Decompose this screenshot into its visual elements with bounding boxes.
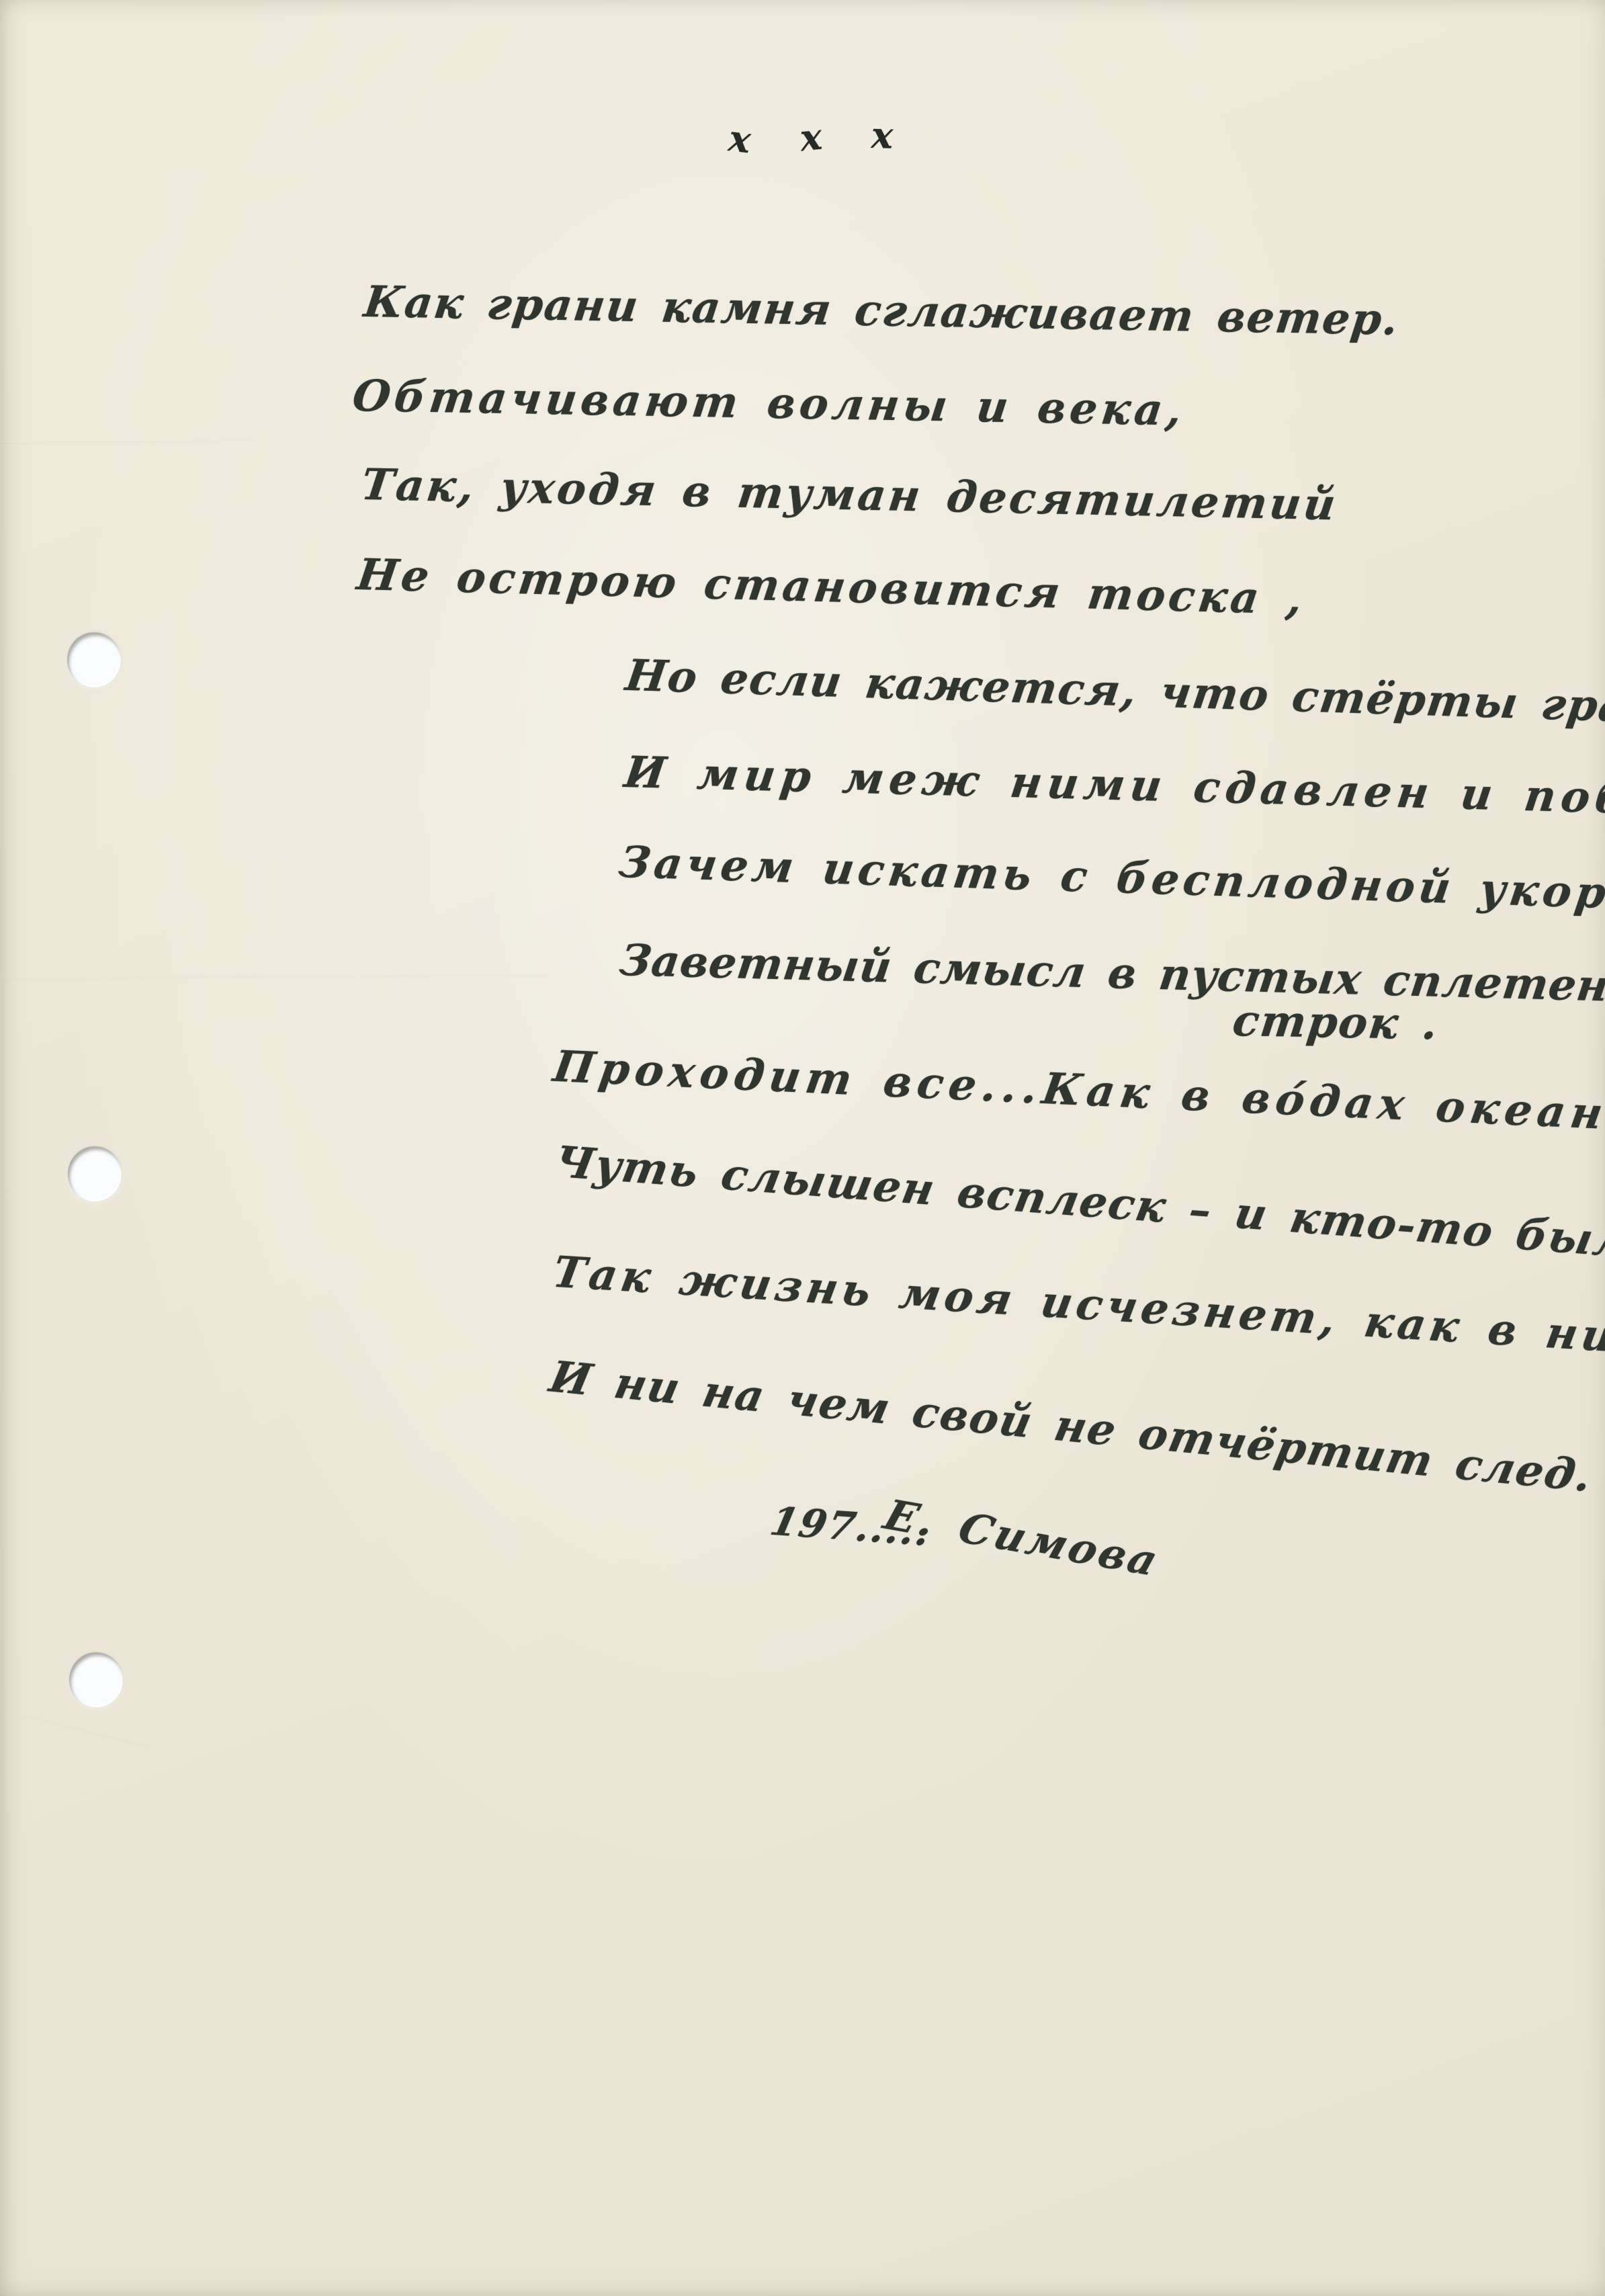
poem-line-6: И мир меж ними сдавлен и поблёк, [621,747,1605,827]
scanned-page: x x x Как грани камня сглаживает ветер. … [0,0,1605,2296]
poem-line-11: Так жизнь моя исчезнет, как в нирване, [550,1247,1605,1373]
poem-line-7: Зачем искать с бесплодной укоризною [616,837,1605,925]
poem-line-1: Как грани камня сглаживает ветер. [361,277,1402,345]
poem-line-8: Заветный смысл в пустых сплетеньях [617,935,1605,1014]
punch-hole-bottom [69,1652,123,1707]
poem-signature: Е. Симова [878,1490,1166,1586]
poem-line-2: Обтачивают волны и века, [350,371,1188,435]
poem-line-4: Не острою становится тоска , [354,550,1309,625]
paper-crease [22,1714,153,1748]
section-marks: x x x [728,114,894,161]
asterisk-mark: x [871,114,894,157]
punch-hole-middle [68,1146,122,1201]
asterisk-mark: x [727,116,753,161]
poem-line-5: Но если кажется, что стёрты грани жизни [623,650,1605,740]
poem-line-12: И ни на чем свой не отчёртит след. [546,1352,1597,1502]
poem-line-8-continuation: строк . [1230,996,1442,1050]
poem-line-3: Так, уходя в туман десятилетий [359,460,1341,530]
asterisk-mark: x [798,115,824,160]
paper-crease [0,974,551,980]
punch-hole-top [67,632,121,687]
poem-line-9: Проходит все...Как в во́дах океана, [550,1041,1605,1142]
paper-crease [0,439,255,443]
